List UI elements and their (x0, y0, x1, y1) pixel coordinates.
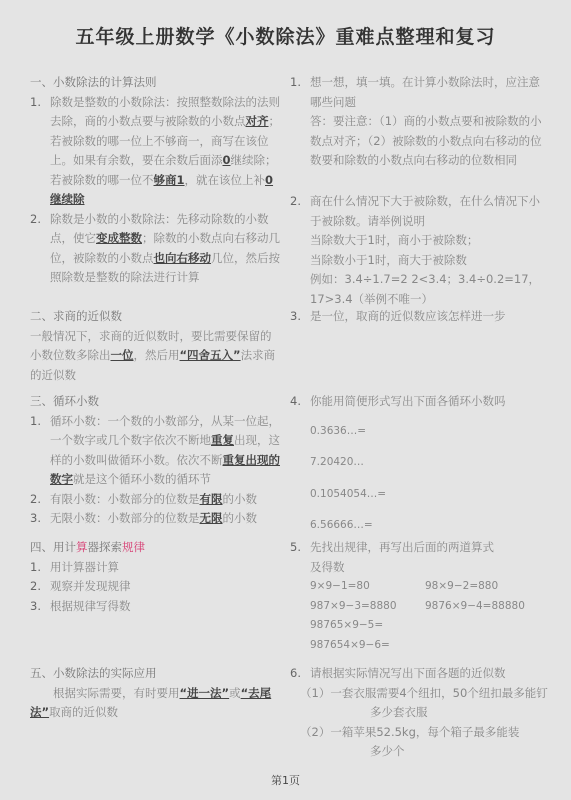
list-item: 1.用计算器计算 (30, 558, 280, 578)
section-2: 二、求商的近似数 一般情况下，求商的近似数时，要比需要保留的小数位数多除出一位，… (30, 307, 280, 385)
section-5-heading: 五、小数除法的实际应用 (30, 664, 280, 684)
question-3: 3.是一位，取商的近似数应该怎样进一步 (290, 307, 550, 327)
question-4: 4.你能用简便形式写出下面各循环小数吗 0.3636…= 7.20420… 0.… (290, 392, 550, 536)
list-item: 3. 无限小数：小数部分的位数是无限的小数 (30, 509, 280, 529)
section-5: 五、小数除法的实际应用 根据实际需要，有时要用“进一法”或“去尾法”取商的近似数 (30, 664, 280, 723)
section-3-heading: 三、循环小数 (30, 392, 280, 412)
question-2: 2.商在什么情况下大于被除数，在什么情况下小于被除数。请举例说明 当除数大于1时… (290, 192, 550, 309)
section-1: 一、小数除法的计算法则 1. 除数是整数的小数除法：按照整数除法的法则去除，商的… (30, 73, 280, 288)
question-6: 6.请根据实际情况写出下面各题的近似数 （1）一套衣服需要4个纽扣，50个纽扣最… (290, 664, 550, 762)
section-4-heading: 四、用计算器探索规律 (30, 538, 280, 558)
section-3: 三、循环小数 1. 循环小数：一个数的小数部分，从某一位起，一个数字或几个数字依… (30, 392, 280, 529)
list-item: 2.观察并发现规律 (30, 577, 280, 597)
question-1: 1.想一想，填一填。在计算小数除法时，应注意哪些问题 答：要注意：（1）商的小数… (290, 73, 550, 171)
section-1-heading: 一、小数除法的计算法则 (30, 73, 280, 93)
list-item: 3.根据规律写得数 (30, 597, 280, 617)
question-5: 5.先找出规律，再写出后面的两道算式 及得数 9×9−1=8098×9−2=88… (290, 538, 550, 655)
list-item: 1. 除数是整数的小数除法：按照整数除法的法则去除，商的小数点要与被除数的小数点… (30, 93, 280, 210)
section-2-heading: 二、求商的近似数 (30, 307, 280, 327)
list-item: 2. 有限小数：小数部分的位数是有限的小数 (30, 490, 280, 510)
list-item: 2. 除数是小数的小数除法：先移动除数的小数点，使它变成整数；除数的小数点向右移… (30, 210, 280, 288)
page-title: 五年级上册数学《小数除法》重难点整理和复习 (0, 22, 571, 49)
page-number: 第1页 (0, 772, 571, 788)
list-item: 1. 循环小数：一个数的小数部分，从某一位起，一个数字或几个数字依次不断地重复出… (30, 412, 280, 490)
section-4: 四、用计算器探索规律 1.用计算器计算 2.观察并发现规律 3.根据规律写得数 (30, 538, 280, 616)
